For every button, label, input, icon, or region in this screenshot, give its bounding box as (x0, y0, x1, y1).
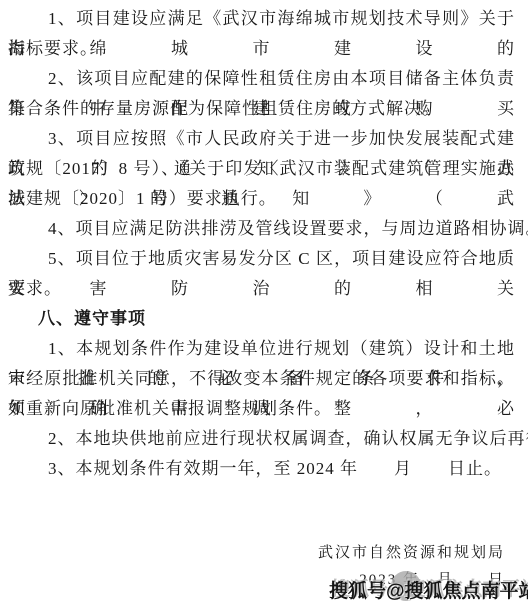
signature-authority: 武汉市自然资源和规划局 (318, 541, 505, 562)
watermark-text: 搜狐号@搜狐焦点南平站 (329, 581, 528, 602)
body-line: 2、本地块供地前应进行现状权属调查，确认权属无争议后再行供地。 (8, 424, 515, 454)
section-heading: 八、遵守事项 (8, 304, 515, 334)
document-body: 1、项目建设应满足《武汉市海绵城市规划技术导则》关于海绵城市建设的指标要求。2、… (8, 4, 515, 484)
body-line: 5、项目位于地质灾害易发分区 C 区，项目建设应符合地质灾害防治的相关 (8, 244, 515, 274)
body-line: 1、项目建设应满足《武汉市海绵城市规划技术导则》关于海绵城市建设的 (8, 4, 515, 34)
body-line: 3、项目应按照《市人民政府关于进一步加快发展装配式建筑的通知》（武 (8, 124, 515, 154)
body-line: 政规〔2017〕8 号）、《关于印发〈武汉市装配式建筑管理实施办法〉的通知》（武 (8, 154, 515, 184)
body-line: 3、本规划条件有效期一年，至 2024 年 月 日止。 (8, 454, 515, 484)
body-line: 2、该项目应配建的保障性租赁住房由本项目储备主体负责集中配建或购买 (8, 64, 515, 94)
body-line: 1、本规划条件作为建设单位进行规划（建筑）设计和土地审批的必备条件， (8, 334, 515, 364)
body-line: 未经原批准机关同意，不得改变本条件规定的各项要求和指标。如确需调整，必 (8, 364, 515, 394)
watermark: 搜狐号@搜狐焦点南平站 (329, 576, 528, 606)
signature-block: 武汉市自然资源和规划局 (318, 541, 505, 562)
page: { "colors": { "background": "#ffffff", "… (0, 0, 528, 609)
body-line: 4、项目应满足防洪排涝及管线设置要求，与周边道路相协调。 (8, 214, 515, 244)
body-line: 符合条件的存量房源作为保障性租赁住房的方式解决。 (8, 94, 515, 124)
